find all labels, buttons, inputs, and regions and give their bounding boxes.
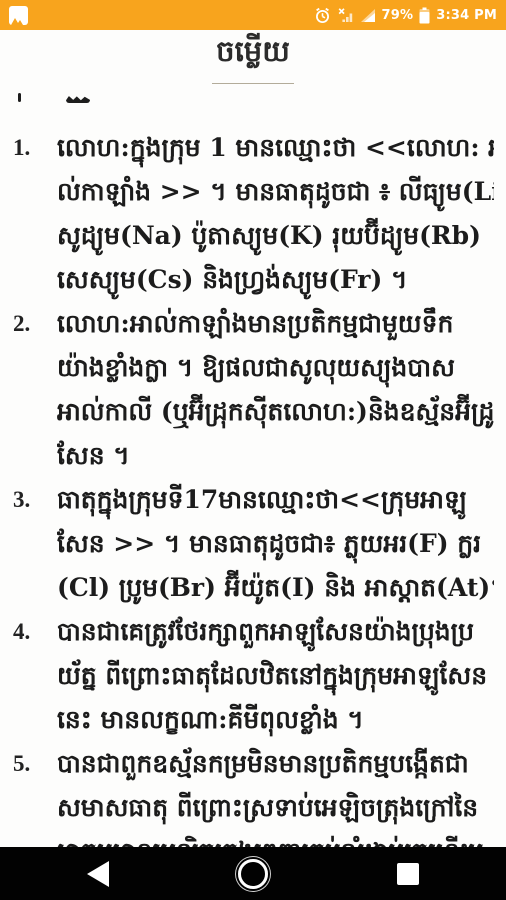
list-item-1: 1. លោហ:ក្នុងក្រុម 1 មានឈ្មោះថា <<លោហ: អា… xyxy=(0,126,506,302)
cell-signal-icon xyxy=(360,8,376,23)
item-number: 2. xyxy=(0,302,57,346)
item-text-line: (Cl) ប្រូម(Br) អ៊ីយ៉ូត(I) និង អាស្តាត(At… xyxy=(57,566,494,610)
item-text-line: សេស្យូម(Cs) និងហ្រ្វង់ស្យូម(Fr) ។ xyxy=(57,258,494,302)
phone-screen: 79% 3:34 PM ចម្លើយ 1. លោហ:ក្នុងក្រុម 1 ម… xyxy=(0,0,506,900)
clock-label: 3:34 PM xyxy=(436,8,497,23)
back-button[interactable] xyxy=(78,854,118,894)
item-number: 1. xyxy=(0,126,57,170)
item-number: 4. xyxy=(0,610,57,654)
item-text-line: អាល់កាលី (ឬអ៊ីដ្រុកស៊ីតលោហ:)និងឧស្ម័នអ៊ី… xyxy=(57,390,494,434)
battery-icon xyxy=(419,7,430,24)
item-number: 5. xyxy=(0,742,57,786)
item-text-line: សែន >> ។ មានធាតុដូចជា៖ ភ្លុយអរ(F) ក្លរ xyxy=(57,522,494,566)
recents-button[interactable] xyxy=(388,854,428,894)
item-text-line: យ័ត្ន ពីព្រោះធាតុដែលឋិតនៅក្នុងក្រុមអាឡូស… xyxy=(57,654,494,698)
status-bar: 79% 3:34 PM xyxy=(0,0,506,30)
item-text-line: បានជាគេត្រូវថែរក្សាពួកអាឡូសែនយ៉ាងប្រុងប្… xyxy=(57,610,494,654)
alarm-icon xyxy=(314,7,331,24)
status-bar-right: 79% 3:34 PM xyxy=(314,7,497,24)
item-text-line: នេះ មានលក្ខណា:គីមីពុលខ្លាំង ។ xyxy=(57,698,494,742)
list-item-3: 3. ធាតុក្នុងក្រុមទី17មានឈ្មោះថា<<ក្រុមអា… xyxy=(0,478,506,610)
list-item-2: 2. លោហ:អាល់កាឡាំងមានប្រតិកម្មជាមួយទឹក យ៉… xyxy=(0,302,506,478)
battery-percent-label: 79% xyxy=(382,8,414,23)
list-item-4: 4. បានជាគេត្រូវថែរក្សាពួកអាឡូសែនយ៉ាងប្រុ… xyxy=(0,610,506,742)
stray-mark xyxy=(66,96,90,103)
gallery-notification-icon xyxy=(9,6,28,25)
stray-mark xyxy=(18,93,21,102)
item-text-line: សូដ្យូម(Na) ប៉ូតាស្យូម(K) រុយប៊ីដ្យូម(Rb… xyxy=(57,214,494,258)
item-text-line: អាតូមមានអេឡិចត្រុងពេញគ្រប់លំដាប់រួចហើយ ។ xyxy=(57,830,494,847)
item-text-line: ល់កាឡាំង >> ។ មានធាតុដូចជា ៖ លីធ្យូម(Li) xyxy=(57,170,494,214)
home-icon xyxy=(238,859,268,889)
title-wrap: ចម្លើយ xyxy=(0,34,506,84)
item-text-line: សមាសធាតុ ពីព្រោះស្រទាប់អេឡិចត្រុងក្រៅនៃ xyxy=(57,786,494,830)
back-icon xyxy=(87,861,109,887)
home-button[interactable] xyxy=(233,854,273,894)
item-text-line: ធាតុក្នុងក្រុមទី17មានឈ្មោះថា<<ក្រុមអាឡូ xyxy=(57,478,494,522)
list-item-5: 5. បានជាពួកឧស្ម័នកម្រមិនមានប្រតិកម្មបង្ក… xyxy=(0,742,506,847)
item-number: 3. xyxy=(0,478,57,522)
item-text-line: លោហ:អាល់កាឡាំងមានប្រតិកម្មជាមួយទឹក xyxy=(57,302,494,346)
status-bar-left xyxy=(9,6,28,25)
answer-list: 1. លោហ:ក្នុងក្រុម 1 មានឈ្មោះថា <<លោហ: អា… xyxy=(0,126,506,847)
item-text-line: យ៉ាងខ្លាំងក្លា ។ ឱ្យផលជាសូលុយស្យុងបាស xyxy=(57,346,494,390)
recents-icon xyxy=(397,863,419,885)
sim-no-signal-icon xyxy=(337,7,354,23)
item-text-line: លោហ:ក្នុងក្រុម 1 មានឈ្មោះថា <<លោហ: អា xyxy=(57,126,494,170)
item-text-line: បានជាពួកឧស្ម័នកម្រមិនមានប្រតិកម្មបង្កើតជ… xyxy=(57,742,494,786)
item-text-line: សែន ។ xyxy=(57,434,494,478)
page-title: ចម្លើយ xyxy=(212,34,294,84)
navigation-bar xyxy=(0,847,506,900)
